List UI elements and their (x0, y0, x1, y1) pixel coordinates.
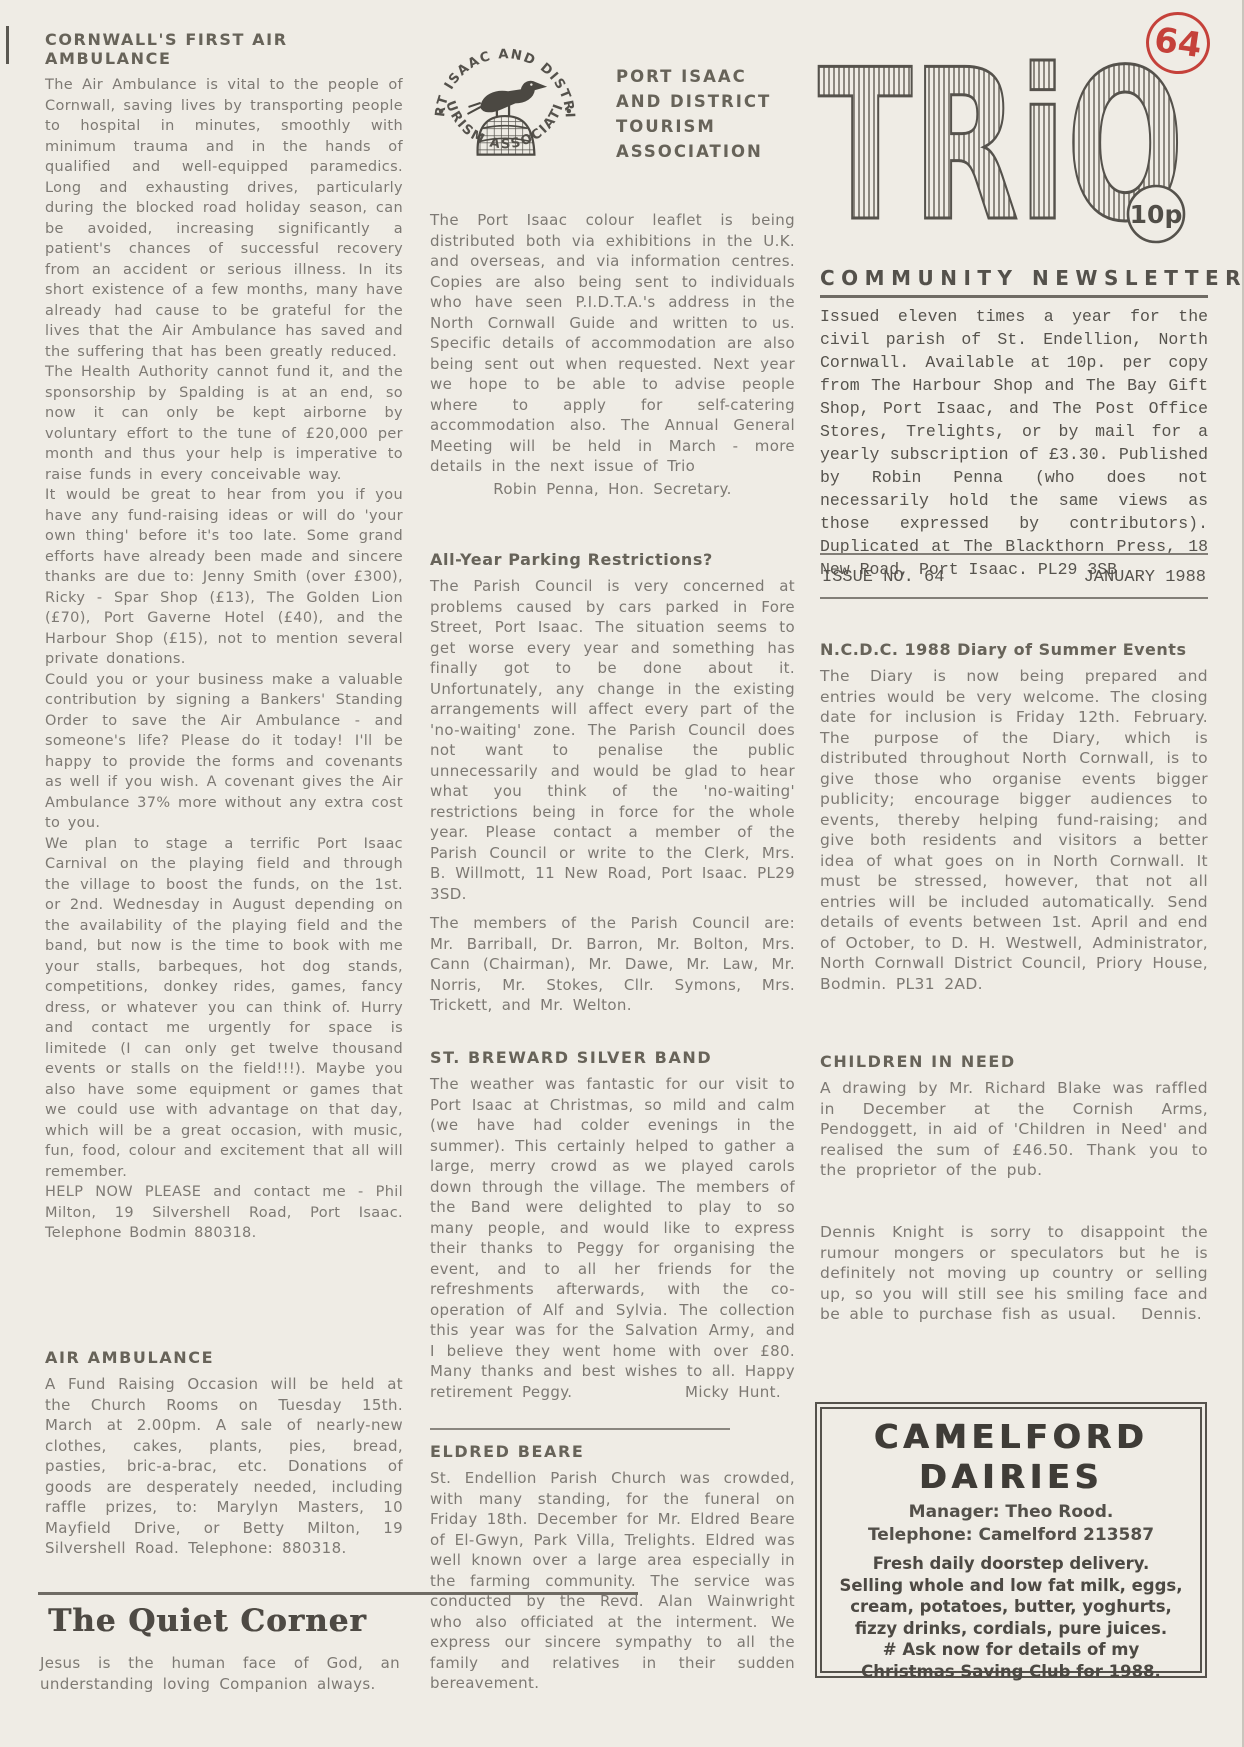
advert-text-line: # Ask now for details of my (822, 1639, 1200, 1661)
article-children-in-need: CHILDREN IN NEED A drawing by Mr. Richar… (820, 1052, 1208, 1181)
paragraph: Jesus is the human face of God, an under… (40, 1653, 400, 1694)
issue-info-bar: ISSUE NO. 64 JANUARY 1988 (820, 553, 1208, 599)
article-tourism-association: PORT ISAAC AND DISTRICT TOURISM ASSOCIAT… (430, 36, 795, 499)
newsletter-subtitle: COMMUNITY NEWSLETTER (820, 266, 1208, 290)
article-air-ambulance-fundraiser: AIR AMBULANCE A Fund Raising Occasion wi… (45, 1348, 403, 1559)
paragraph: The Diary is now being prepared and entr… (820, 666, 1208, 994)
paragraph: The Parish Council is very concerned at … (430, 576, 795, 904)
article-parking-restrictions: All-Year Parking Restrictions? The Paris… (430, 550, 795, 1016)
article-eldred-beare: ELDRED BEARE St. Endellion Parish Church… (430, 1428, 795, 1694)
lobster-pot-icon (478, 116, 535, 155)
article-title: ST. BREWARD SILVER BAND (430, 1048, 795, 1067)
article-title: N.C.D.C. 1988 Diary of Summer Events (820, 640, 1208, 659)
article-title: CHILDREN IN NEED (820, 1052, 1208, 1071)
advert-telephone: Telephone: Camelford 213587 (822, 1524, 1200, 1547)
issue-date: JANUARY 1988 (1084, 568, 1206, 587)
article-title: AIR AMBULANCE (45, 1348, 403, 1367)
paragraph: St. Endellion Parish Church was crowded,… (430, 1468, 795, 1694)
advert-text-line: Fresh daily doorstep delivery. (822, 1553, 1200, 1575)
advert-text-line: Christmas Saving Club for 1988. (822, 1661, 1200, 1683)
paragraph: It would be great to hear from you if yo… (45, 485, 403, 670)
subtitle-rule (820, 295, 1208, 298)
advert-text-line: cream, potatoes, butter, yoghurts, (822, 1596, 1200, 1618)
paragraph: The weather was fantastic for our visit … (430, 1074, 795, 1402)
advert-manager: Manager: Theo Rood. (822, 1501, 1200, 1524)
price-label: 10p (1130, 200, 1183, 229)
issue-number: ISSUE NO. 64 (822, 568, 944, 587)
article-title: All-Year Parking Restrictions? (430, 550, 795, 569)
paragraph: The members of the Parish Council are: M… (430, 913, 795, 1016)
advert-camelford-dairies: CAMELFORD DAIRIES Manager: Theo Rood. Te… (815, 1402, 1207, 1678)
article-cornwalls-first-air-ambulance: CORNWALL'S FIRST AIR AMBULANCE The Air A… (45, 30, 403, 1244)
scan-edge-mark (6, 26, 9, 64)
advert-name-line: DAIRIES (822, 1457, 1200, 1497)
advert-text-line: fizzy drinks, cordials, pure juices. (822, 1618, 1200, 1640)
imprint-block: Issued eleven times a year for the civil… (820, 305, 1208, 581)
article-ncdc-diary: N.C.D.C. 1988 Diary of Summer Events The… (820, 640, 1208, 994)
newsletter-subtitle-block: COMMUNITY NEWSLETTER (820, 266, 1208, 298)
paragraph: We plan to stage a terrific Port Isaac C… (45, 834, 403, 1183)
tourism-heading-line: PORT ISAAC (616, 64, 771, 89)
paragraph: HELP NOW PLEASE and contact me - Phil Mi… (45, 1182, 403, 1244)
paragraph: A drawing by Mr. Richard Blake was raffl… (820, 1078, 1208, 1181)
tourism-association-logo: PORT ISAAC AND DISTRICT TOURISM ASSOCIAT… (430, 36, 580, 186)
tourism-heading-line: AND DISTRICT (616, 89, 771, 114)
tourism-heading-line: TOURISM (616, 114, 771, 139)
paragraph: The Port Isaac colour leaflet is being d… (430, 210, 795, 477)
tourism-heading-line: ASSOCIATION (616, 139, 771, 164)
article-title: CORNWALL'S FIRST AIR AMBULANCE (45, 30, 403, 68)
paragraph: The Health Authority cannot fund it, and… (45, 362, 403, 485)
article-silver-band: ST. BREWARD SILVER BAND The weather was … (430, 1048, 795, 1402)
advert-text-line: Selling whole and low fat milk, eggs, (822, 1575, 1200, 1597)
advert-name-line: CAMELFORD (822, 1417, 1200, 1457)
trio-masthead-logo: TRiO 10p (812, 30, 1206, 252)
paragraph: Could you or your business make a valuab… (45, 670, 403, 834)
tourism-heading: PORT ISAAC AND DISTRICT TOURISM ASSOCIAT… (580, 36, 771, 186)
tourism-masthead: PORT ISAAC AND DISTRICT TOURISM ASSOCIAT… (430, 36, 795, 186)
article-dennis-knight: Dennis Knight is sorry to disappoint the… (820, 1222, 1208, 1325)
section-divider (430, 1428, 730, 1430)
imprint-text: Issued eleven times a year for the civil… (820, 305, 1208, 581)
paragraph: The Air Ambulance is vital to the people… (45, 75, 403, 362)
paragraph: A Fund Raising Occasion will be held at … (45, 1374, 403, 1559)
bird-icon (468, 81, 546, 117)
article-title: ELDRED BEARE (430, 1442, 795, 1461)
trio-logo: TRiO 10p (812, 30, 1206, 248)
signature: Robin Penna, Hon. Secretary. (430, 479, 795, 500)
